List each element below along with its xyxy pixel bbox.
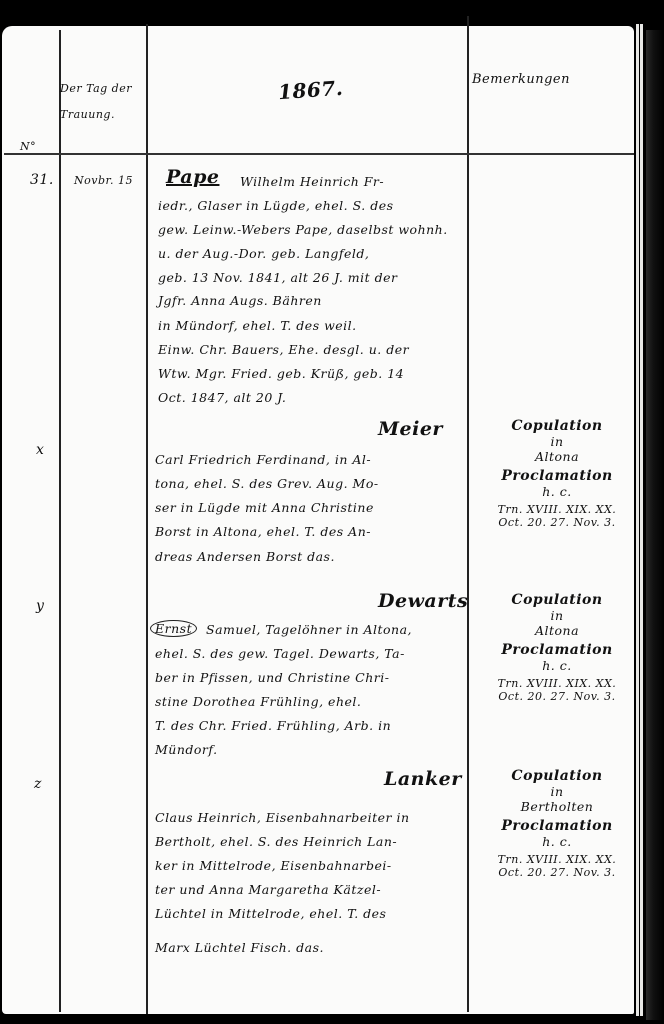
- entry-date: Novbr. 15: [74, 174, 133, 187]
- remark-line: Bertholten: [482, 799, 632, 814]
- entry-line: Mündorf.: [155, 742, 218, 757]
- entry-remarks: Copulation in Altona Proclamation h. c. …: [482, 592, 632, 703]
- entry-line: Borst in Altona, ehel. T. des An-: [155, 524, 371, 539]
- remark-line: Copulation: [482, 592, 632, 608]
- remark-line: Copulation: [482, 418, 632, 434]
- entry-surname: Meier: [378, 418, 443, 440]
- entry-line: Carl Friedrich Ferdinand, in Al-: [155, 452, 371, 467]
- header-date: Der Tag der Trauung.: [60, 76, 144, 128]
- remark-line: Copulation: [482, 768, 632, 784]
- remark-line: Oct. 20. 27. Nov. 3.: [482, 690, 632, 703]
- remark-line: Oct. 20. 27. Nov. 3.: [482, 516, 632, 529]
- entry-line: dreas Andersen Borst das.: [155, 549, 335, 564]
- entry-number: z: [34, 776, 42, 792]
- entry-line: Samuel, Tagelöhner in Altona,: [206, 622, 412, 637]
- entry-line: u. der Aug.-Dor. geb. Langfeld,: [158, 246, 369, 261]
- remark-line: Trn. XVIII. XIX. XX.: [482, 853, 632, 866]
- entry-line: Jgfr. Anna Augs. Bähren: [158, 293, 322, 308]
- entry-surname: Lanker: [384, 768, 462, 790]
- page-edge: [640, 24, 643, 1016]
- column-rule-number: [59, 30, 61, 1012]
- remark-line: Oct. 20. 27. Nov. 3.: [482, 866, 632, 879]
- remark-line: Proclamation: [482, 642, 632, 658]
- remark-line: h. c.: [482, 834, 632, 849]
- entry-line: ehel. S. des gew. Tagel. Dewarts, Ta-: [155, 646, 405, 661]
- entry-line: stine Dorothea Frühling, ehel.: [155, 694, 361, 709]
- header-rule: [4, 153, 634, 155]
- entry-line: Wilhelm Heinrich Fr-: [240, 174, 384, 189]
- remark-line: Altona: [482, 449, 632, 464]
- entry-remarks: Copulation in Altona Proclamation h. c. …: [482, 418, 632, 529]
- entry-surname: Pape: [166, 166, 219, 188]
- remark-line: h. c.: [482, 658, 632, 673]
- entry-line: ber in Pfissen, und Christine Chri-: [155, 670, 389, 685]
- entry-number: x: [36, 442, 44, 458]
- column-rule-remarks: [467, 16, 469, 1012]
- circled-first-name: Ernst: [150, 620, 197, 637]
- remark-line: Altona: [482, 623, 632, 638]
- entry-line: Lüchtel in Mittelrode, ehel. T. des: [155, 906, 386, 921]
- header-remarks: Bemerkungen: [472, 72, 570, 87]
- entry-line: tona, ehel. S. des Grev. Aug. Mo-: [155, 476, 379, 491]
- remark-line: Proclamation: [482, 468, 632, 484]
- book-binding-gutter: [646, 30, 664, 1020]
- entry-line: Bertholt, ehel. S. des Heinrich Lan-: [155, 834, 397, 849]
- remark-line: Trn. XVIII. XIX. XX.: [482, 677, 632, 690]
- entry-surname: Dewarts: [378, 590, 468, 612]
- remark-line: in: [482, 784, 632, 799]
- entry-line: Wtw. Mgr. Fried. geb. Krüß, geb. 14: [158, 366, 404, 381]
- remark-line: h. c.: [482, 484, 632, 499]
- remark-line: Proclamation: [482, 818, 632, 834]
- entry-line: gew. Leinw.-Webers Pape, daselbst wohnh.: [158, 222, 448, 237]
- entry-line: ker in Mittelrode, Eisenbahnarbei-: [155, 858, 392, 873]
- entry-line: iedr., Glaser in Lügde, ehel. S. des: [158, 198, 394, 213]
- entry-line: T. des Chr. Fried. Frühling, Arb. in: [155, 718, 391, 733]
- header-year: 1867.: [277, 76, 344, 104]
- entry-line: geb. 13 Nov. 1841, alt 26 J. mit der: [158, 270, 398, 285]
- remark-line: in: [482, 608, 632, 623]
- entry-line: ter und Anna Margaretha Kätzel-: [155, 882, 381, 897]
- column-rule-date: [146, 24, 148, 1014]
- header-number: N°: [20, 140, 36, 153]
- remark-line: in: [482, 434, 632, 449]
- entry-line: ser in Lügde mit Anna Christine: [155, 500, 374, 515]
- entry-remarks: Copulation in Bertholten Proclamation h.…: [482, 768, 632, 879]
- entry-number: 31.: [30, 172, 54, 188]
- entry-line: Claus Heinrich, Eisenbahnarbeiter in: [155, 810, 410, 825]
- entry-line: Einw. Chr. Bauers, Ehe. desgl. u. der: [158, 342, 409, 357]
- remark-line: Trn. XVIII. XIX. XX.: [482, 503, 632, 516]
- page-edge: [636, 24, 639, 1016]
- entry-number: y: [36, 598, 44, 614]
- entry-line: Oct. 1847, alt 20 J.: [158, 390, 286, 405]
- entry-line: in Mündorf, ehel. T. des weil.: [158, 318, 357, 333]
- entry-line: Marx Lüchtel Fisch. das.: [155, 940, 324, 955]
